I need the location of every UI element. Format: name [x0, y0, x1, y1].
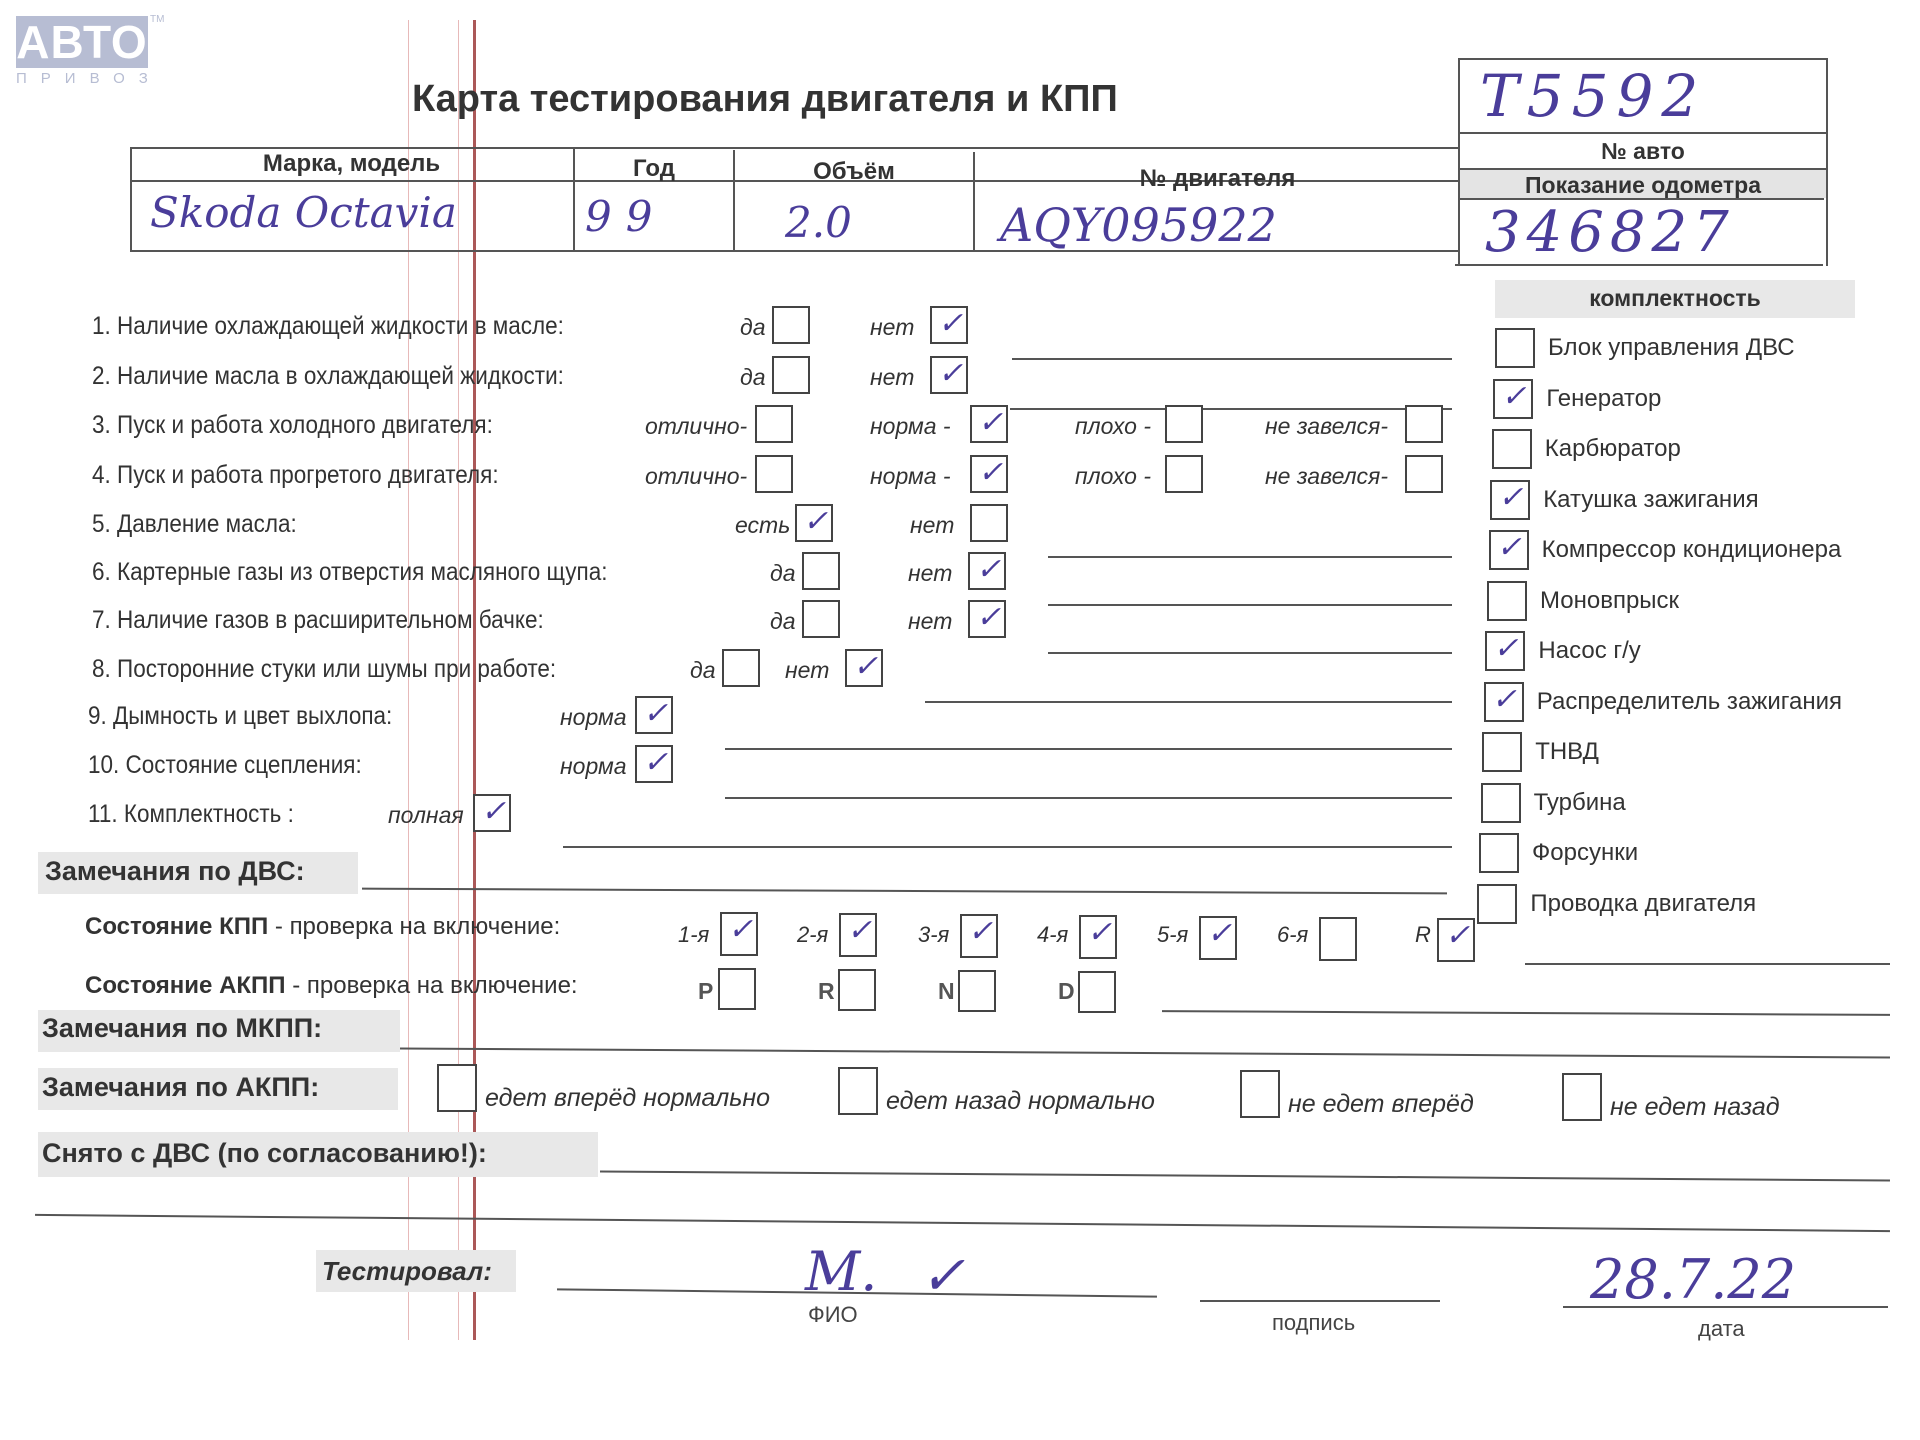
check-mark-icon: ✓	[1207, 916, 1232, 951]
option-label: да	[740, 314, 766, 341]
checkbox[interactable]	[1165, 405, 1203, 443]
kit-item-label: Генератор	[1546, 385, 1661, 413]
checkbox[interactable]	[970, 504, 1008, 542]
date-label: дата	[1698, 1316, 1745, 1342]
notes-field[interactable]	[1010, 408, 1452, 410]
akpp-mode-label: D	[1058, 978, 1075, 1005]
gear-label: 4-я	[1037, 922, 1068, 948]
checkbox[interactable]	[755, 455, 793, 493]
checklist-item-5: 5. Давление масла:	[92, 510, 297, 539]
notes-field[interactable]	[1048, 652, 1452, 654]
option-label: нет	[785, 657, 829, 684]
check-mark-icon: ✓	[803, 504, 828, 539]
check-mark-icon: ✓	[853, 649, 878, 684]
remarks-dvs-label: Замечания по ДВС:	[45, 856, 305, 887]
check-mark-icon: ✓	[643, 696, 668, 731]
kit-item-label: Компрессор кондиционера	[1542, 536, 1842, 564]
col-engine-no: № двигателя	[975, 165, 1460, 193]
option-label: норма -	[870, 413, 951, 440]
logo: АВТО	[16, 16, 148, 68]
gear-checkbox[interactable]: ✓	[839, 913, 877, 957]
notes-field[interactable]	[925, 701, 1452, 703]
checkbox[interactable]	[1405, 405, 1443, 443]
check-mark-icon: ✓	[938, 356, 963, 391]
option-label: норма -	[870, 463, 951, 490]
option-label: есть	[735, 512, 790, 539]
option-label: нет	[908, 608, 952, 635]
option-label: норма	[560, 753, 627, 780]
checklist-item-6: 6. Картерные газы из отверстия масляного…	[92, 558, 607, 587]
gear-label: 1-я	[678, 922, 709, 948]
akpp-remark-label: не едет вперёд	[1288, 1090, 1474, 1119]
engine-no-value[interactable]: AQY095922	[1000, 198, 1277, 252]
option-label: отлично-	[645, 413, 747, 440]
gear-label: R	[1415, 922, 1431, 948]
gear-checkbox[interactable]: ✓	[960, 914, 998, 958]
kit-item-label: ТНВД	[1535, 738, 1599, 766]
checkbox[interactable]	[722, 649, 760, 687]
akpp-remark-label: едет назад нормально	[886, 1087, 1155, 1116]
removed-label: Снято с ДВС (по согласованию!):	[42, 1138, 487, 1169]
akpp-mode-checkbox[interactable]	[958, 970, 996, 1012]
removed-field-2[interactable]	[35, 1214, 1890, 1232]
checklist-item-1: 1. Наличие охлаждающей жидкости в масле:	[92, 312, 564, 341]
checklist-item-9: 9. Дымность и цвет выхлопа:	[88, 702, 392, 731]
signature-field[interactable]	[1200, 1300, 1440, 1302]
checkbox[interactable]	[755, 405, 793, 443]
gear-label: 2-я	[797, 922, 828, 948]
kit-checkbox[interactable]	[1477, 884, 1517, 924]
option-label: да	[740, 364, 766, 391]
year-value[interactable]: 99	[585, 192, 666, 241]
option-label: норма	[560, 704, 627, 731]
page-title: Карта тестирования двигателя и КПП	[412, 78, 1118, 121]
kit-checkbox[interactable]	[1479, 833, 1519, 873]
checkbox[interactable]: ✓	[845, 649, 883, 687]
kit-checkbox[interactable]: ✓	[1489, 530, 1529, 570]
akpp-remark-label: не едет назад	[1610, 1093, 1780, 1122]
kit-item-label: Карбюратор	[1545, 435, 1681, 463]
kit-checkbox[interactable]: ✓	[1493, 379, 1533, 419]
checklist-item-4: 4. Пуск и работа прогретого двигателя:	[92, 461, 499, 490]
kit-item-label: Блок управления ДВС	[1548, 334, 1795, 362]
fio-label: ФИО	[808, 1302, 858, 1328]
checkbox[interactable]: ✓	[968, 552, 1006, 590]
check-mark-icon: ✓	[1497, 530, 1522, 565]
col-year: Год	[575, 155, 733, 183]
akpp-mode-label: P	[698, 978, 713, 1005]
check-mark-icon: ✓	[643, 745, 668, 780]
akpp-remark-checkbox[interactable]	[1562, 1073, 1602, 1121]
kit-checkbox[interactable]	[1487, 581, 1527, 621]
kit-checkbox[interactable]	[1492, 429, 1532, 469]
kit-item-label: Форсунки	[1532, 839, 1638, 867]
notes-field[interactable]	[1048, 604, 1452, 606]
make-model-value[interactable]: Skoda Octavia	[150, 188, 457, 237]
checklist-item-7: 7. Наличие газов в расширительном бачке:	[92, 606, 544, 635]
kpp-notes-field[interactable]	[1525, 963, 1890, 965]
akpp-mode-label: R	[818, 978, 835, 1005]
check-mark-icon: ✓	[1445, 918, 1470, 953]
kit-checkbox[interactable]	[1482, 732, 1522, 772]
kit-checkbox[interactable]	[1481, 783, 1521, 823]
signature-check: ✓	[920, 1244, 965, 1307]
signature-label: подпись	[1272, 1310, 1355, 1336]
checklist-item-3: 3. Пуск и работа холодного двигателя:	[92, 411, 493, 440]
akpp-mode-checkbox[interactable]	[1078, 971, 1116, 1013]
car-no-value[interactable]: T5592	[1480, 62, 1706, 130]
option-label: нет	[870, 314, 914, 341]
check-mark-icon: ✓	[978, 405, 1003, 440]
checklist-item-11: 11. Комплектность :	[88, 800, 294, 829]
option-label: нет	[908, 560, 952, 587]
notes-field[interactable]	[1012, 358, 1452, 360]
kpp-label: Состояние КПП - проверка на включение:	[85, 913, 560, 941]
akpp-remark-label: едет вперёд нормально	[485, 1084, 770, 1113]
akpp-remark-checkbox[interactable]	[1240, 1070, 1280, 1118]
kit-item-label: Распределитель зажигания	[1537, 688, 1842, 716]
option-label: отлично-	[645, 463, 747, 490]
option-label: не завелся-	[1265, 413, 1388, 440]
checkbox[interactable]: ✓	[635, 696, 673, 734]
checkbox[interactable]	[802, 552, 840, 590]
gear-label: 5-я	[1157, 922, 1188, 948]
akpp-remark-checkbox[interactable]	[838, 1067, 878, 1115]
option-label: да	[690, 657, 716, 684]
check-mark-icon: ✓	[847, 913, 872, 948]
option-label: не завелся-	[1265, 463, 1388, 490]
gear-checkbox[interactable]: ✓	[1079, 915, 1117, 959]
kit-item-label: Моновпрыск	[1540, 587, 1679, 615]
notes-field[interactable]	[1048, 556, 1452, 558]
check-mark-icon: ✓	[976, 552, 1001, 587]
volume-value[interactable]: 2.0	[785, 198, 852, 247]
remarks-akpp-label: Замечания по АКПП:	[42, 1072, 319, 1103]
odometer-label: Показание одометра	[1460, 172, 1826, 199]
kit-checkbox[interactable]	[1495, 328, 1535, 368]
gear-checkbox[interactable]	[1319, 917, 1357, 961]
check-mark-icon: ✓	[728, 912, 753, 947]
checkbox[interactable]: ✓	[635, 745, 673, 783]
car-no-label: № авто	[1460, 138, 1826, 165]
odometer-value[interactable]: 346827	[1485, 200, 1735, 265]
check-mark-icon: ✓	[1492, 682, 1517, 717]
checkbox[interactable]: ✓	[970, 405, 1008, 443]
logo-tm: TM	[150, 14, 164, 25]
check-mark-icon: ✓	[1498, 480, 1523, 515]
col-volume: Объём	[735, 158, 973, 186]
checklist-item-2: 2. Наличие масла в охлаждающей жидкости:	[92, 362, 564, 391]
checkbox[interactable]	[1405, 455, 1443, 493]
akpp-notes-field[interactable]	[1162, 1010, 1890, 1016]
checkbox[interactable]: ✓	[970, 455, 1008, 493]
option-label: нет	[870, 364, 914, 391]
gear-checkbox[interactable]: ✓	[1437, 918, 1475, 962]
check-mark-icon: ✓	[1501, 379, 1526, 414]
tested-label: Тестировал:	[322, 1256, 492, 1287]
logo-subtitle: ПРИВОЗ	[16, 70, 162, 87]
kit-item-label: Катушка зажигания	[1543, 486, 1758, 514]
notes-field[interactable]	[725, 748, 1452, 750]
gear-label: 3-я	[918, 922, 949, 948]
option-label: плохо -	[1075, 413, 1151, 440]
akpp-remark-checkbox[interactable]	[437, 1064, 477, 1112]
check-mark-icon: ✓	[978, 455, 1003, 490]
check-mark-icon: ✓	[481, 794, 506, 829]
option-label: да	[770, 608, 796, 635]
kit-item-label: Проводка двигателя	[1530, 890, 1756, 918]
gear-checkbox[interactable]: ✓	[720, 912, 758, 956]
checkbox[interactable]	[802, 600, 840, 638]
kit-item-label: Насос г/у	[1538, 637, 1640, 665]
checkbox[interactable]	[772, 306, 810, 344]
remarks-mkpp-field[interactable]	[400, 1047, 1890, 1058]
col-make-model: Марка, модель	[130, 150, 573, 178]
kit-item-label: Турбина	[1534, 789, 1626, 817]
check-mark-icon: ✓	[938, 306, 963, 341]
checklist-item-8: 8. Посторонние стуки или шумы при работе…	[92, 655, 556, 684]
remarks-dvs-field[interactable]	[362, 888, 1447, 895]
gear-checkbox[interactable]: ✓	[1199, 916, 1237, 960]
gear-label: 6-я	[1277, 922, 1308, 948]
checkbox[interactable]	[772, 356, 810, 394]
checkbox[interactable]: ✓	[930, 356, 968, 394]
kit-checkbox[interactable]: ✓	[1490, 480, 1530, 520]
date-value[interactable]: 28.7.22	[1590, 1248, 1796, 1311]
checkbox[interactable]: ✓	[795, 504, 833, 542]
checklist-item-10: 10. Состояние сцепления:	[88, 751, 362, 780]
checkbox[interactable]: ✓	[473, 794, 511, 832]
notes-field[interactable]	[563, 846, 1452, 848]
akpp-mode-label: N	[938, 978, 955, 1005]
option-label: да	[770, 560, 796, 587]
date-field[interactable]	[1563, 1306, 1888, 1308]
akpp-mode-checkbox[interactable]	[718, 968, 756, 1010]
check-mark-icon: ✓	[968, 914, 993, 949]
notes-field[interactable]	[725, 797, 1452, 799]
check-mark-icon: ✓	[976, 600, 1001, 635]
removed-field[interactable]	[600, 1170, 1890, 1181]
kit-checkbox[interactable]: ✓	[1485, 631, 1525, 671]
kit-checkbox[interactable]: ✓	[1484, 682, 1524, 722]
kit-title: комплектность	[1495, 285, 1855, 312]
checkbox[interactable]	[1165, 455, 1203, 493]
akpp-label: Состояние АКПП - проверка на включение:	[85, 972, 578, 1000]
remarks-mkpp-label: Замечания по МКПП:	[42, 1013, 322, 1044]
akpp-mode-checkbox[interactable]	[838, 969, 876, 1011]
checkbox[interactable]: ✓	[968, 600, 1006, 638]
option-label: нет	[910, 512, 954, 539]
option-label: плохо -	[1075, 463, 1151, 490]
option-label: полная	[388, 802, 464, 829]
checkbox[interactable]: ✓	[930, 306, 968, 344]
check-mark-icon: ✓	[1493, 631, 1518, 666]
check-mark-icon: ✓	[1087, 915, 1112, 950]
